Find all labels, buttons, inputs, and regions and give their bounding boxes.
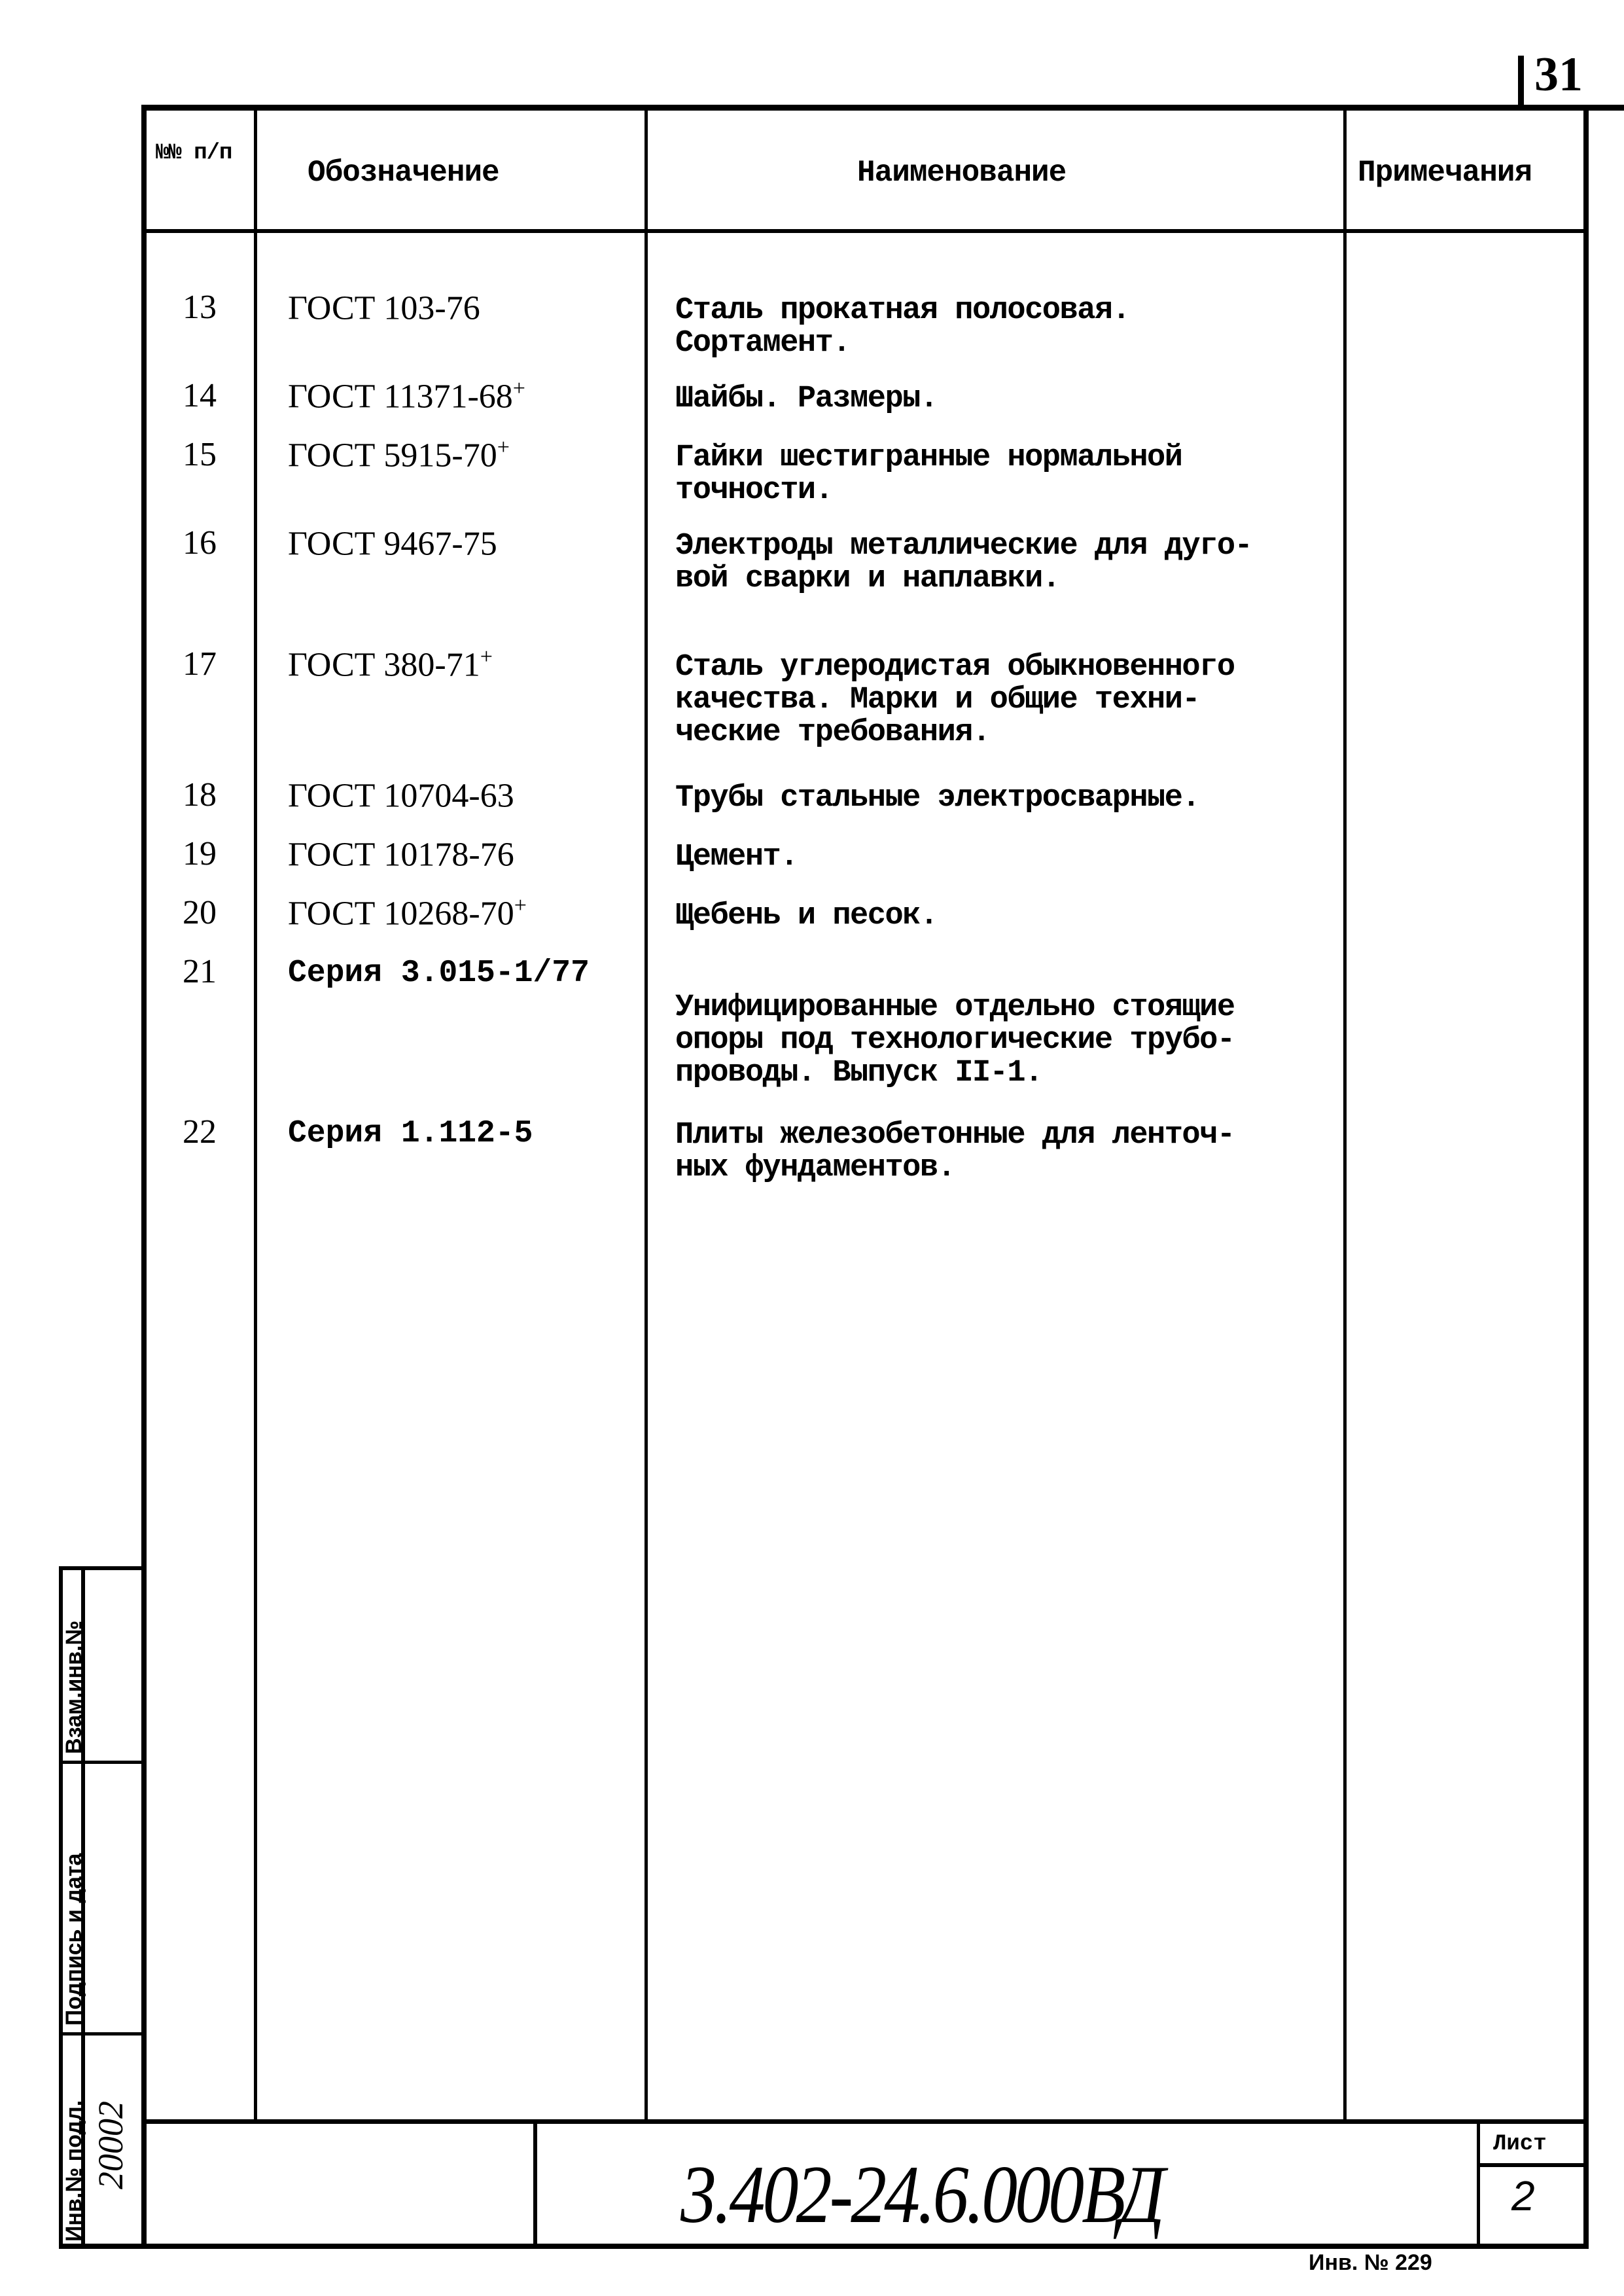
row-name: Цемент. [675,841,1349,874]
sign-date-label: Подпись и дата [62,1854,87,2026]
row-designation: ГОСТ 10268-70+ [288,893,527,933]
row-name: Электроды металлические для дуго- вой св… [675,530,1349,596]
page-number-bar-left [1518,56,1524,106]
row-number: 21 [150,952,249,991]
row-number: 16 [150,524,249,562]
table-right-border [1583,105,1589,2249]
title-block-top-border-right [1439,2119,1589,2124]
row-number: 13 [150,288,249,327]
inventory-number: Инв. № 229 [1309,2250,1432,2276]
row-number: 15 [150,435,249,474]
title-block-top-border [141,2119,1443,2124]
stamp-bottom-border [59,2244,1589,2249]
row-designation: ГОСТ 103-76 [288,288,480,327]
page-number: 31 [1534,47,1583,103]
row-designation: ГОСТ 10704-63 [288,776,514,815]
row-designation: ГОСТ 5915-70+ [288,435,510,475]
stamp-top-border [59,1566,144,1570]
replace-inv-label: Взам.инв.№ [62,1621,87,1754]
row-designation: Серия 1.112-5 [288,1113,533,1151]
row-name: Сталь углеродистая обыкновенного качеств… [675,651,1349,749]
row-designation: ГОСТ 9467-75 [288,524,497,563]
row-designation: ГОСТ 380-71+ [288,645,493,684]
row-name: Плиты железобетонные для ленточ- ных фун… [675,1119,1349,1185]
sheet-box-left [1477,2124,1480,2247]
col-sep-1 [254,108,257,2119]
sheet-number: 2 [1511,2172,1535,2220]
row-name: Трубы стальные электросварные. [675,782,1349,815]
stamp-sep-2 [59,2032,144,2036]
row-designation: ГОСТ 11371-68+ [288,376,525,416]
inv-original-label: Инв.№ подл. [62,2100,87,2242]
col-sep-2 [644,108,648,2119]
sheet-box-divider [1477,2163,1589,2167]
header-name: Наименование [857,156,1066,190]
table-left-border [141,105,147,2249]
row-number: 17 [150,645,249,683]
inv-original-value: 20002 [90,2101,131,2189]
row-designation: Серия 3.015-1/77 [288,952,590,991]
sheet-label: Лист [1493,2132,1547,2157]
row-name: Гайки шестигранные нормальной точности. [675,442,1349,507]
header-notes: Примечания [1358,156,1532,190]
title-block-code-left [533,2119,537,2247]
row-name: Унифицированные отдельно стоящие опоры п… [675,992,1349,1090]
header-bottom-border [141,229,1589,233]
row-number: 18 [150,776,249,814]
stamp-sep-1 [59,1761,144,1764]
row-number: 22 [150,1113,249,1151]
row-name: Шайбы. Размеры. [675,383,1349,416]
row-number: 19 [150,834,249,873]
header-num: №№ п/п [156,141,247,166]
row-designation: ГОСТ 10178-76 [288,834,514,874]
row-name: Щебень и песок. [675,900,1349,933]
document-code: 3.402-24.6.000ВД [680,2147,1162,2242]
row-name: Сталь прокатная полосовая. Сортамент. [675,295,1349,360]
header-designation: Обозначение [308,156,499,190]
table-top-border [141,105,1624,111]
row-number: 14 [150,376,249,415]
row-number: 20 [150,893,249,932]
